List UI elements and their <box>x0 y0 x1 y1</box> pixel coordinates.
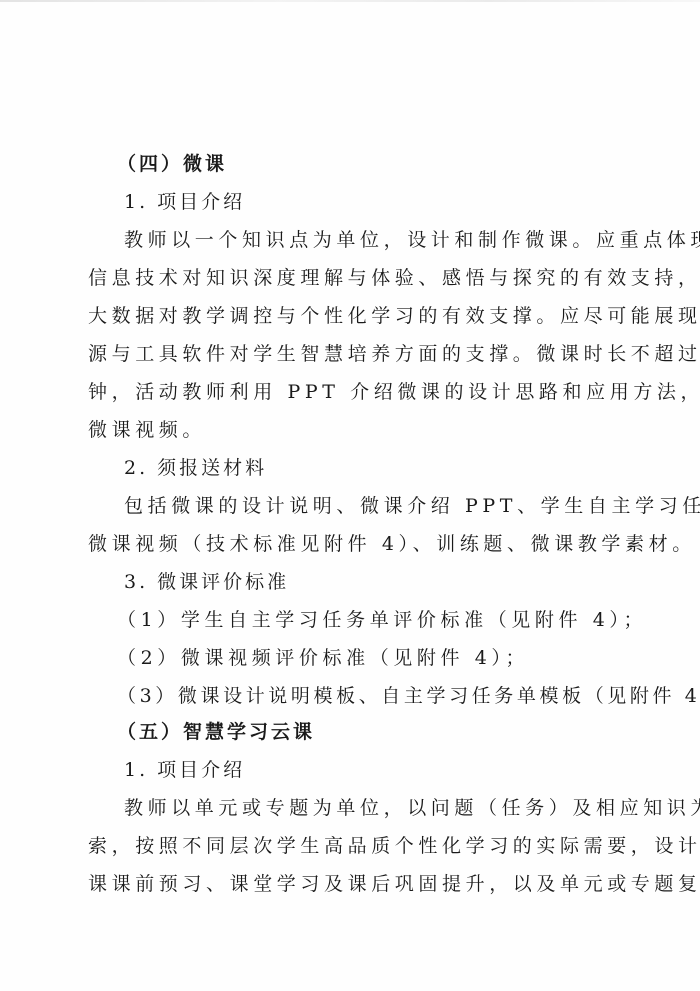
paragraph-line: 源与工具软件对学生智慧培养方面的支撑。微课时长不超过 7 分 <box>88 342 700 366</box>
list-item: （3）微课设计说明模板、自主学习任务单模板（见附件 4)。 <box>117 684 700 708</box>
list-item: （2）微课视频评价标准（见附件 4）； <box>117 646 529 670</box>
subsection-heading-materials: 2. 须报送材料 <box>124 456 267 480</box>
paragraph-line: 微课视频。 <box>88 418 206 442</box>
paragraph-line: 课课前预习、课堂学习及课后巩固提升，以及单元或专题复习、 <box>88 872 700 896</box>
paragraph-line: 信息技术对知识深度理解与体验、感悟与探究的有效支持，以及 <box>88 266 700 290</box>
subsection-heading-project-intro-2: 1. 项目介绍 <box>124 758 245 782</box>
paragraph-line: 大数据对教学调控与个性化学习的有效支撑。应尽可能展现出资 <box>88 304 700 328</box>
paragraph-line: 教师以一个知识点为单位，设计和制作微课。应重点体现出 <box>124 228 700 252</box>
paragraph-line: 包括微课的设计说明、微课介绍 PPT、学生自主学习任务单、 <box>124 494 700 518</box>
scan-top-edge <box>0 0 700 2</box>
paragraph-line: 钟，活动教师利用 PPT 介绍微课的设计思路和应用方法，并播放 <box>88 380 700 404</box>
section-heading-micro-lesson: （四）微课 <box>117 152 227 176</box>
subsection-heading-project-intro: 1. 项目介绍 <box>124 190 245 214</box>
subsection-heading-evaluation: 3. 微课评价标准 <box>124 570 289 594</box>
section-heading-smart-cloud-course: （五）智慧学习云课 <box>117 720 315 744</box>
document-page: （四）微课 1. 项目介绍 教师以一个知识点为单位，设计和制作微课。应重点体现出… <box>0 0 700 991</box>
paragraph-line: 索，按照不同层次学生高品质个性化学习的实际需要，设计每节 <box>88 834 700 858</box>
paragraph-line: 教师以单元或专题为单位，以问题（任务）及相应知识为线 <box>124 796 700 820</box>
list-item: （1）学生自主学习任务单评价标准（见附件 4）； <box>117 608 647 632</box>
paragraph-line: 微课视频（技术标准见附件 4）、训练题、微课教学素材。 <box>88 532 696 556</box>
